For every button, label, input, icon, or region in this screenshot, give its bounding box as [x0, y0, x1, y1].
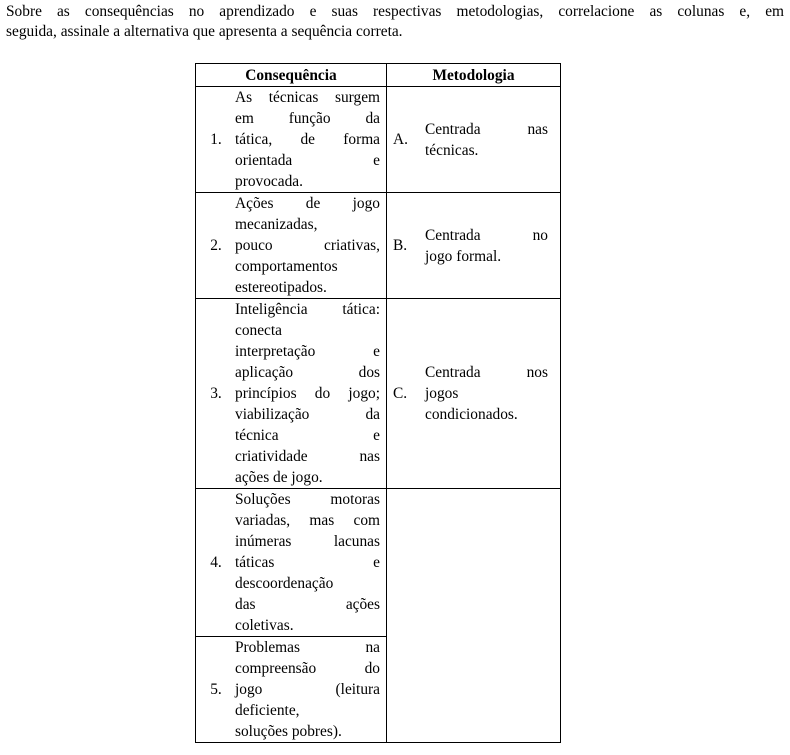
- text-line: jogos: [425, 383, 548, 404]
- text-line: Soluções motoras: [235, 489, 380, 510]
- text-line: mecanizadas,: [235, 214, 380, 235]
- consequence-text: As técnicas surgem em função da tática, …: [235, 87, 380, 192]
- text-line: As técnicas surgem: [235, 87, 380, 108]
- header-methodology: Metodologia: [387, 64, 561, 87]
- text-line: conecta: [235, 320, 380, 341]
- consequence-cell-5: 5. Problemas na compreensão do jogo (lei…: [196, 637, 387, 743]
- consequence-cell-1: 1. As técnicas surgem em função da tátic…: [196, 87, 387, 193]
- text-line: compreensão do: [235, 658, 380, 679]
- text-line: Inteligência tática:: [235, 299, 380, 320]
- methodology-text: Centrada nas técnicas.: [425, 119, 548, 161]
- text-line: coletivas.: [235, 615, 380, 636]
- text-line: interpretação e: [235, 341, 380, 362]
- table-row: 1. As técnicas surgem em função da tátic…: [196, 87, 561, 193]
- methodology-cell-b: B. Centrada no jogo formal.: [387, 193, 561, 299]
- consequence-number: 3.: [196, 383, 235, 404]
- methodology-cell-c: C. Centrada nos jogos condicionados.: [387, 299, 561, 489]
- consequence-cell-4: 4. Soluções motoras variadas, mas com in…: [196, 489, 387, 637]
- text-line: ações de jogo.: [235, 467, 380, 488]
- methodology-cell-empty: [387, 489, 561, 743]
- table-row: 2. Ações de jogo mecanizadas, pouco cria…: [196, 193, 561, 299]
- text-line: variadas, mas com: [235, 510, 380, 531]
- methodology-text: Centrada nos jogos condicionados.: [425, 362, 548, 425]
- question-prompt: Sobre as consequências no aprendizado e …: [6, 2, 784, 42]
- consequence-cell-2: 2. Ações de jogo mecanizadas, pouco cria…: [196, 193, 387, 299]
- text-line: em função da: [235, 108, 380, 129]
- text-line: das ações: [235, 594, 380, 615]
- text-line: Ações de jogo: [235, 193, 380, 214]
- text-line: estereotipados.: [235, 277, 380, 298]
- text-line: viabilização da: [235, 404, 380, 425]
- text-line: táticas e: [235, 552, 380, 573]
- text-line: princípios do jogo;: [235, 383, 380, 404]
- table-row: 3. Inteligência tática: conecta interpre…: [196, 299, 561, 489]
- methodology-text: Centrada no jogo formal.: [425, 225, 548, 267]
- text-line: deficiente,: [235, 700, 380, 721]
- text-line: jogo (leitura: [235, 679, 380, 700]
- text-line: técnica e: [235, 425, 380, 446]
- methodology-letter: A.: [387, 129, 425, 150]
- text-line: provocada.: [235, 171, 380, 192]
- text-line: inúmeras lacunas: [235, 531, 380, 552]
- text-line: comportamentos: [235, 256, 380, 277]
- consequence-cell-3: 3. Inteligência tática: conecta interpre…: [196, 299, 387, 489]
- consequence-text: Ações de jogo mecanizadas, pouco criativ…: [235, 193, 380, 298]
- consequence-number: 4.: [196, 552, 235, 573]
- table-row: 4. Soluções motoras variadas, mas com in…: [196, 489, 561, 637]
- text-line: soluções pobres).: [235, 721, 380, 742]
- text-line: Problemas na: [235, 637, 380, 658]
- text-line: criatividade nas: [235, 446, 380, 467]
- question-line-2: seguida, assinale a alternativa que apre…: [6, 22, 784, 42]
- correlation-table: Consequência Metodologia 1. As técnicas …: [195, 63, 561, 743]
- text-line: condicionados.: [425, 404, 548, 425]
- text-line: pouco criativas,: [235, 235, 380, 256]
- text-line: Centrada nos: [425, 362, 548, 383]
- consequence-text: Problemas na compreensão do jogo (leitur…: [235, 637, 380, 742]
- text-line: jogo formal.: [425, 246, 548, 267]
- consequence-text: Soluções motoras variadas, mas com inúme…: [235, 489, 380, 636]
- text-line: aplicação dos: [235, 362, 380, 383]
- question-line-1: Sobre as consequências no aprendizado e …: [6, 2, 784, 22]
- methodology-letter: B.: [387, 235, 425, 256]
- text-line: tática, de forma: [235, 129, 380, 150]
- text-line: descoordenação: [235, 573, 380, 594]
- consequence-text: Inteligência tática: conecta interpretaç…: [235, 299, 380, 488]
- consequence-number: 5.: [196, 679, 235, 700]
- consequence-number: 1.: [196, 129, 235, 150]
- header-consequence: Consequência: [196, 64, 387, 87]
- methodology-letter: C.: [387, 383, 425, 404]
- table-header-row: Consequência Metodologia: [196, 64, 561, 87]
- text-line: Centrada no: [425, 225, 548, 246]
- text-line: Centrada nas: [425, 119, 548, 140]
- text-line: orientada e: [235, 150, 380, 171]
- methodology-cell-a: A. Centrada nas técnicas.: [387, 87, 561, 193]
- text-line: técnicas.: [425, 140, 548, 161]
- consequence-number: 2.: [196, 235, 235, 256]
